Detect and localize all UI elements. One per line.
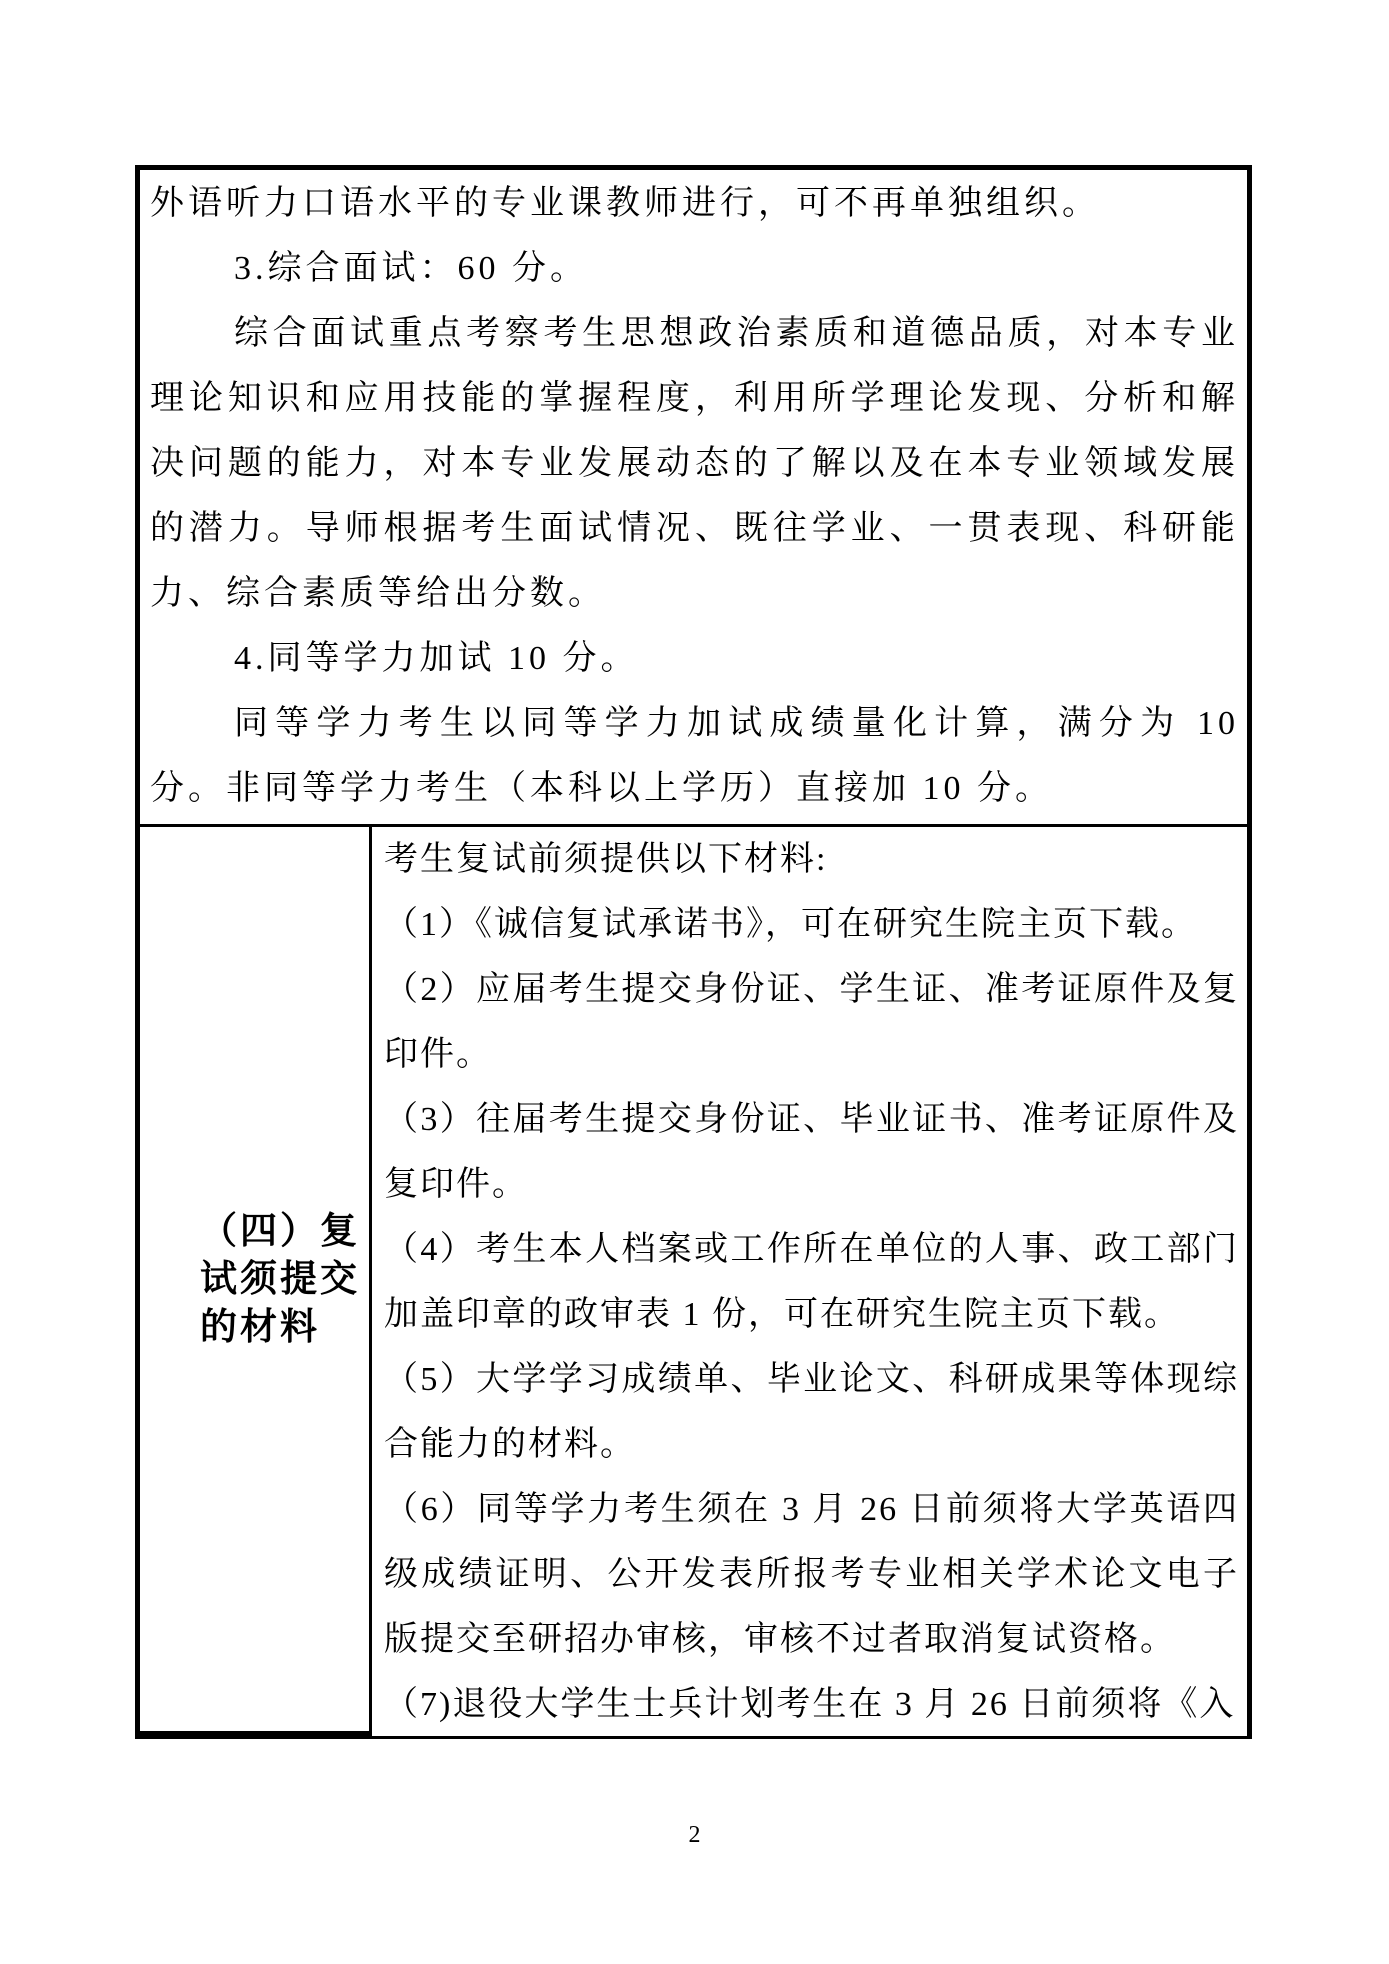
materials-label-line: （四）复: [200, 1207, 360, 1255]
materials-paragraph: （3）往届考生提交身份证、毕业证书、准考证原件及复印件。: [384, 1087, 1239, 1217]
materials-label: （四）复 试须提交 的材料: [140, 1207, 360, 1351]
row-materials: （四）复 试须提交 的材料 考生复试前须提供以下材料: （1）《诚信复试承诺书》…: [140, 827, 1247, 1739]
materials-label-line: 试须提交: [200, 1255, 360, 1303]
materials-paragraph: （1）《诚信复试承诺书》，可在研究生院主页下载。: [384, 892, 1239, 957]
document-page: 外语听力口语水平的专业课教师进行，可不再单独组织。 3.综合面试：60 分。 综…: [0, 0, 1389, 1964]
paragraph: 外语听力口语水平的专业课教师进行，可不再单独组织。: [150, 171, 1239, 236]
content-table: 外语听力口语水平的专业课教师进行，可不再单独组织。 3.综合面试：60 分。 综…: [135, 165, 1252, 1739]
materials-paragraph: 考生复试前须提供以下材料:: [384, 827, 1239, 892]
paragraph: 综合面试重点考察考生思想政治素质和道德品质，对本专业理论知识和应用技能的掌握程度…: [150, 301, 1239, 626]
materials-paragraph: （6）同等学力考生须在 3 月 26 日前须将大学英语四级成绩证明、公开发表所报…: [384, 1477, 1239, 1672]
cell-materials-content: 考生复试前须提供以下材料: （1）《诚信复试承诺书》，可在研究生院主页下载。 （…: [372, 827, 1247, 1739]
materials-paragraph: （5）大学学习成绩单、毕业论文、科研成果等体现综合能力的材料。: [384, 1347, 1239, 1477]
page-number: 2: [0, 1822, 1389, 1849]
paragraph: 4.同等学力加试 10 分。: [150, 626, 1239, 691]
materials-label-line: 的材料: [200, 1303, 360, 1351]
paragraph: 3.综合面试：60 分。: [150, 236, 1239, 301]
cell-materials-label: （四）复 试须提交 的材料: [140, 827, 372, 1739]
cell-scoring-text: 外语听力口语水平的专业课教师进行，可不再单独组织。 3.综合面试：60 分。 综…: [140, 170, 1247, 827]
materials-paragraph: （2）应届考生提交身份证、学生证、准考证原件及复印件。: [384, 957, 1239, 1087]
materials-paragraph: （4）考生本人档案或工作所在单位的人事、政工部门加盖印章的政审表 1 份，可在研…: [384, 1217, 1239, 1347]
paragraph: 同等学力考生以同等学力加试成绩量化计算，满分为 10 分。非同等学力考生（本科以…: [150, 691, 1239, 821]
materials-paragraph: （7)退役大学生士兵计划考生在 3 月 26 日前须将《入: [384, 1672, 1239, 1737]
